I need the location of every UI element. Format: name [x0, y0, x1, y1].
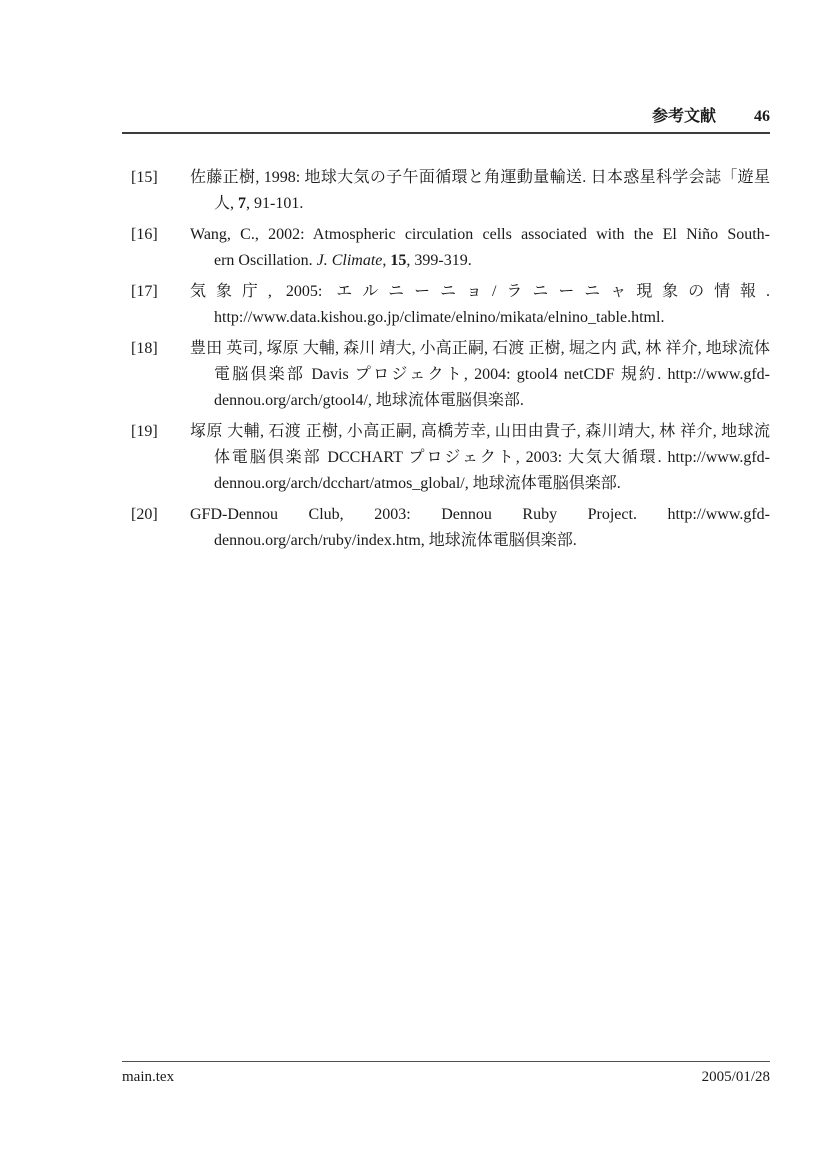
bib-entry-line: dennou.org/arch/gtool4/, 地球流体電脳倶楽部. — [214, 388, 770, 414]
text-segment: 15 — [390, 252, 406, 269]
footer-rule — [122, 1061, 770, 1062]
bibliography-entry: [20]GFD-Dennou Club, 2003: Dennou Ruby P… — [122, 502, 770, 554]
text-segment: dennou.org/arch/dcchart/atmos_global/, 地… — [214, 475, 621, 492]
text-segment: http://www.data.kishou.go.jp/climate/eln… — [214, 309, 664, 326]
bib-entry-label: [19] — [155, 419, 158, 445]
footer-filename: main.tex — [122, 1066, 174, 1088]
bib-entry-line: [16]Wang, C., 2002: Atmospheric circulat… — [214, 222, 770, 248]
text-segment: 電脳倶楽部 Davis プロジェクト, 2004: gtool4 netCDF … — [214, 366, 770, 383]
bib-entry-line: ern Oscillation. J. Climate, 15, 399-319… — [214, 248, 770, 274]
bib-entry-label: [16] — [155, 222, 158, 248]
bib-entry-label: [15] — [155, 165, 158, 191]
bib-entry-line: [17]気象庁, 2005: エルニーニョ/ラニーニャ現象の情報. — [214, 279, 770, 305]
bib-entry-line: 体電脳倶楽部 DCCHART プロジェクト, 2003: 大気大循環. http… — [214, 445, 770, 471]
page-footer: main.tex 2005/01/28 — [122, 1066, 770, 1088]
bib-entry-line: [19]塚原 大輔, 石渡 正樹, 小高正嗣, 高橋芳幸, 山田由貴子, 森川靖… — [214, 419, 770, 445]
text-segment: dennou.org/arch/ruby/index.htm, 地球流体電脳倶楽… — [214, 532, 577, 549]
text-segment: 佐藤正樹, 1998: 地球大気の子午面循環と角運動量輸送. 日本惑星科学会誌「… — [190, 169, 770, 186]
bib-entry-label: [20] — [155, 502, 158, 528]
text-segment: 人, — [214, 195, 238, 212]
text-segment: 体電脳倶楽部 DCCHART プロジェクト, 2003: 大気大循環. http… — [214, 449, 770, 466]
text-segment: 塚原 大輔, 石渡 正樹, 小高正嗣, 高橋芳幸, 山田由貴子, 森川靖大, 林… — [190, 423, 770, 440]
text-segment: 気象庁, 2005: エルニーニョ/ラニーニャ現象の情報. — [190, 283, 770, 300]
text-segment: 7 — [238, 195, 246, 212]
bib-entry-line: dennou.org/arch/ruby/index.htm, 地球流体電脳倶楽… — [214, 528, 770, 554]
bib-entry-line: [20]GFD-Dennou Club, 2003: Dennou Ruby P… — [214, 502, 770, 528]
bib-entry-line: dennou.org/arch/dcchart/atmos_global/, 地… — [214, 471, 770, 497]
page-header: 参考文献 46 — [122, 106, 770, 128]
footer-date: 2005/01/28 — [702, 1066, 770, 1088]
text-segment: dennou.org/arch/gtool4/, 地球流体電脳倶楽部. — [214, 392, 524, 409]
document-page: 参考文献 46 [15]佐藤正樹, 1998: 地球大気の子午面循環と角運動量輸… — [0, 0, 826, 1169]
header-rule — [122, 132, 770, 134]
text-segment: J. Climate — [317, 252, 383, 269]
bibliography-entry: [15]佐藤正樹, 1998: 地球大気の子午面循環と角運動量輸送. 日本惑星科… — [122, 165, 770, 217]
bibliography-entry: [17]気象庁, 2005: エルニーニョ/ラニーニャ現象の情報.http://… — [122, 279, 770, 331]
bib-entry-label: [18] — [155, 336, 158, 362]
text-segment: 豊田 英司, 塚原 大輔, 森川 靖大, 小高正嗣, 石渡 正樹, 堀之内 武,… — [190, 340, 770, 357]
bib-entry-line: [18]豊田 英司, 塚原 大輔, 森川 靖大, 小高正嗣, 石渡 正樹, 堀之… — [214, 336, 770, 362]
header-title: 参考文献 — [652, 106, 716, 128]
text-segment: Wang, C., 2002: Atmospheric circulation … — [190, 226, 770, 243]
header-page-number: 46 — [754, 106, 770, 128]
bib-entry-label: [17] — [155, 279, 158, 305]
bib-entry-line: 人, 7, 91-101. — [214, 191, 770, 217]
bib-entry-line: 電脳倶楽部 Davis プロジェクト, 2004: gtool4 netCDF … — [214, 362, 770, 388]
bibliography-entry: [16]Wang, C., 2002: Atmospheric circulat… — [122, 222, 770, 274]
bib-entry-line: http://www.data.kishou.go.jp/climate/eln… — [214, 305, 770, 331]
text-segment: , 399-319. — [406, 252, 471, 269]
bib-entry-line: [15]佐藤正樹, 1998: 地球大気の子午面循環と角運動量輸送. 日本惑星科… — [214, 165, 770, 191]
text-segment: GFD-Dennou Club, 2003: Dennou Ruby Proje… — [190, 506, 770, 523]
bibliography-entry: [19]塚原 大輔, 石渡 正樹, 小高正嗣, 高橋芳幸, 山田由貴子, 森川靖… — [122, 419, 770, 497]
text-segment: , 91-101. — [246, 195, 303, 212]
bibliography-entry: [18]豊田 英司, 塚原 大輔, 森川 靖大, 小高正嗣, 石渡 正樹, 堀之… — [122, 336, 770, 414]
text-segment: ern Oscillation. — [214, 252, 317, 269]
bibliography-list: [15]佐藤正樹, 1998: 地球大気の子午面循環と角運動量輸送. 日本惑星科… — [122, 165, 770, 559]
